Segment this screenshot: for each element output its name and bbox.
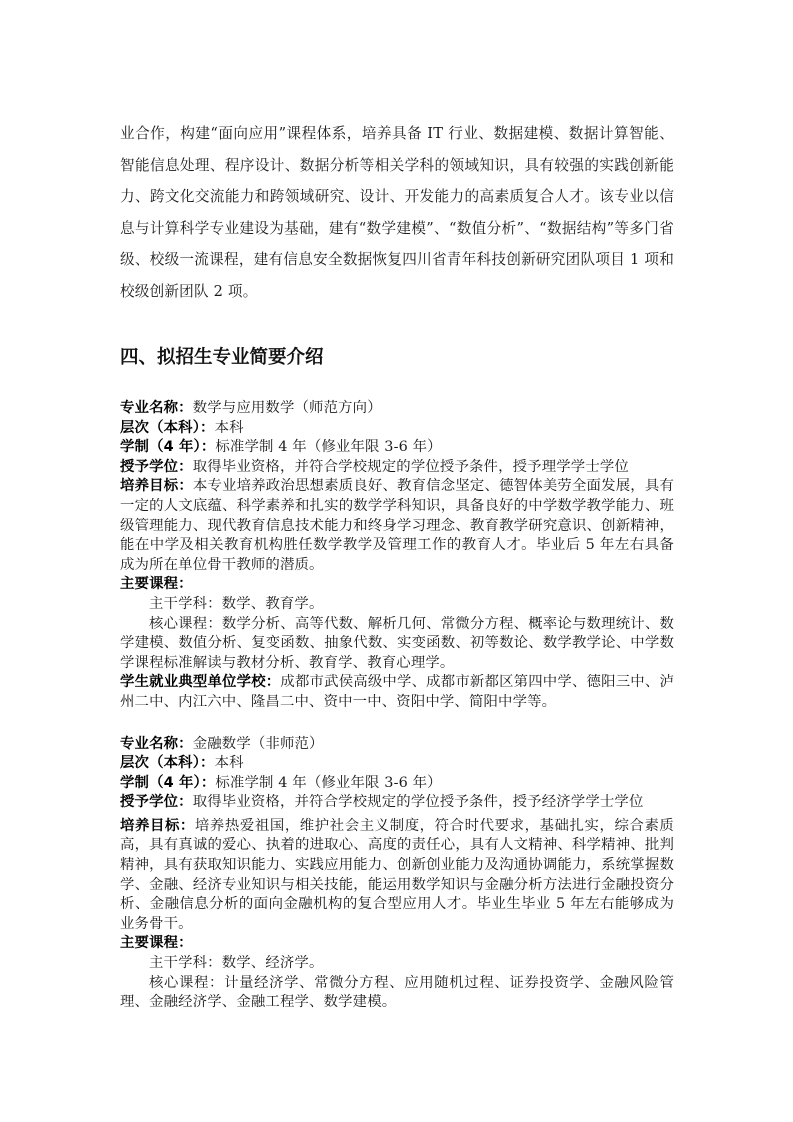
major-name-value: 金融数学（非师范） xyxy=(193,736,324,752)
major-core-courses: 核心课程：计量经济学、常微分方程、应用随机过程、证券投资学、金融风险管理、金融经… xyxy=(120,974,674,1013)
major-courses-label: 主要课程： xyxy=(120,576,193,592)
major-degree-label: 授予学位： xyxy=(120,459,193,475)
intro-section: 业合作，构建“面向应用”课程体系，培养具备 IT 行业、数据建模、数据计算智能、… xyxy=(120,118,674,307)
document-page: 业合作，构建“面向应用”课程体系，培养具备 IT 行业、数据建模、数据计算智能、… xyxy=(120,118,674,1013)
major-courses-row: 主要课程： xyxy=(120,934,674,954)
major-duration-value: 标准学制 4 年（修业年限 3-6 年） xyxy=(215,775,441,791)
major-goal-label: 培养目标： xyxy=(120,818,195,834)
major-degree-row: 授予学位：取得毕业资格，并符合学校规定的学位授予条件，授予理学学士学位 xyxy=(120,458,674,478)
intro-paragraph: 业合作，构建“面向应用”课程体系，培养具备 IT 行业、数据建模、数据计算智能、… xyxy=(120,118,674,307)
major-level-value: 本科 xyxy=(215,420,244,436)
major-name-label: 专业名称： xyxy=(120,400,193,416)
major-main-subjects: 主干学科：数学、经济学。 xyxy=(120,954,674,974)
major-employment-row: 学生就业典型单位学校：成都市武侯高级中学、成都市新都区第四中学、德阳三中、泸州二… xyxy=(120,673,674,712)
major-level-value: 本科 xyxy=(215,755,244,771)
major-courses-label: 主要课程： xyxy=(120,935,193,951)
major-degree-label: 授予学位： xyxy=(120,794,193,810)
major-duration-row: 学制（4 年）：标准学制 4 年（修业年限 3-6 年） xyxy=(120,774,674,794)
major-name-label: 专业名称： xyxy=(120,736,193,752)
major-name-value: 数学与应用数学（师范方向） xyxy=(193,400,382,416)
major-duration-value: 标准学制 4 年（修业年限 3-6 年） xyxy=(215,439,441,455)
major-duration-label: 学制（4 年）： xyxy=(120,775,215,791)
major-block-financial-math: 专业名称：金融数学（非师范） 层次（本科）：本科 学制（4 年）：标准学制 4 … xyxy=(120,735,674,1013)
major-level-row: 层次（本科）：本科 xyxy=(120,754,674,774)
major-main-subjects: 主干学科：数学、教育学。 xyxy=(120,595,674,615)
major-goal-row: 培养目标：本专业培养政治思想素质良好、教育信念坚定、德智体美劳全面发展，具有一定… xyxy=(120,477,674,575)
major-duration-label: 学制（4 年）： xyxy=(120,439,215,455)
major-degree-row: 授予学位：取得毕业资格，并符合学校规定的学位授予条件，授予经济学学士学位 xyxy=(120,793,674,813)
major-block-math-education: 专业名称：数学与应用数学（师范方向） 层次（本科）：本科 学制（4 年）：标准学… xyxy=(120,399,674,713)
major-level-label: 层次（本科）： xyxy=(120,755,215,771)
major-goal-row: 培养目标：培养热爱祖国，维护社会主义制度，符合时代要求，基础扎实，综合素质高，具… xyxy=(120,817,674,935)
major-core-courses: 核心课程：数学分析、高等代数、解析几何、常微分方程、概率论与数理统计、数学建模、… xyxy=(120,615,674,674)
major-degree-value: 取得毕业资格，并符合学校规定的学位授予条件，授予经济学学士学位 xyxy=(193,794,644,810)
major-level-label: 层次（本科）： xyxy=(120,420,215,436)
major-level-row: 层次（本科）：本科 xyxy=(120,419,674,439)
section-title: 四、拟招生专业简要介绍 xyxy=(120,345,674,371)
major-degree-value: 取得毕业资格，并符合学校规定的学位授予条件，授予理学学士学位 xyxy=(193,459,629,475)
major-employment-label: 学生就业典型单位学校： xyxy=(120,674,280,690)
major-goal-value: 培养热爱祖国，维护社会主义制度，符合时代要求，基础扎实，综合素质高，具有真诚的爱… xyxy=(120,818,674,932)
major-name-row: 专业名称：数学与应用数学（师范方向） xyxy=(120,399,674,419)
major-name-row: 专业名称：金融数学（非师范） xyxy=(120,735,674,755)
major-duration-row: 学制（4 年）：标准学制 4 年（修业年限 3-6 年） xyxy=(120,438,674,458)
major-courses-row: 主要课程： xyxy=(120,575,674,595)
major-goal-value: 本专业培养政治思想素质良好、教育信念坚定、德智体美劳全面发展，具有一定的人文底蕴… xyxy=(120,478,674,572)
major-goal-label: 培养目标： xyxy=(120,478,193,494)
